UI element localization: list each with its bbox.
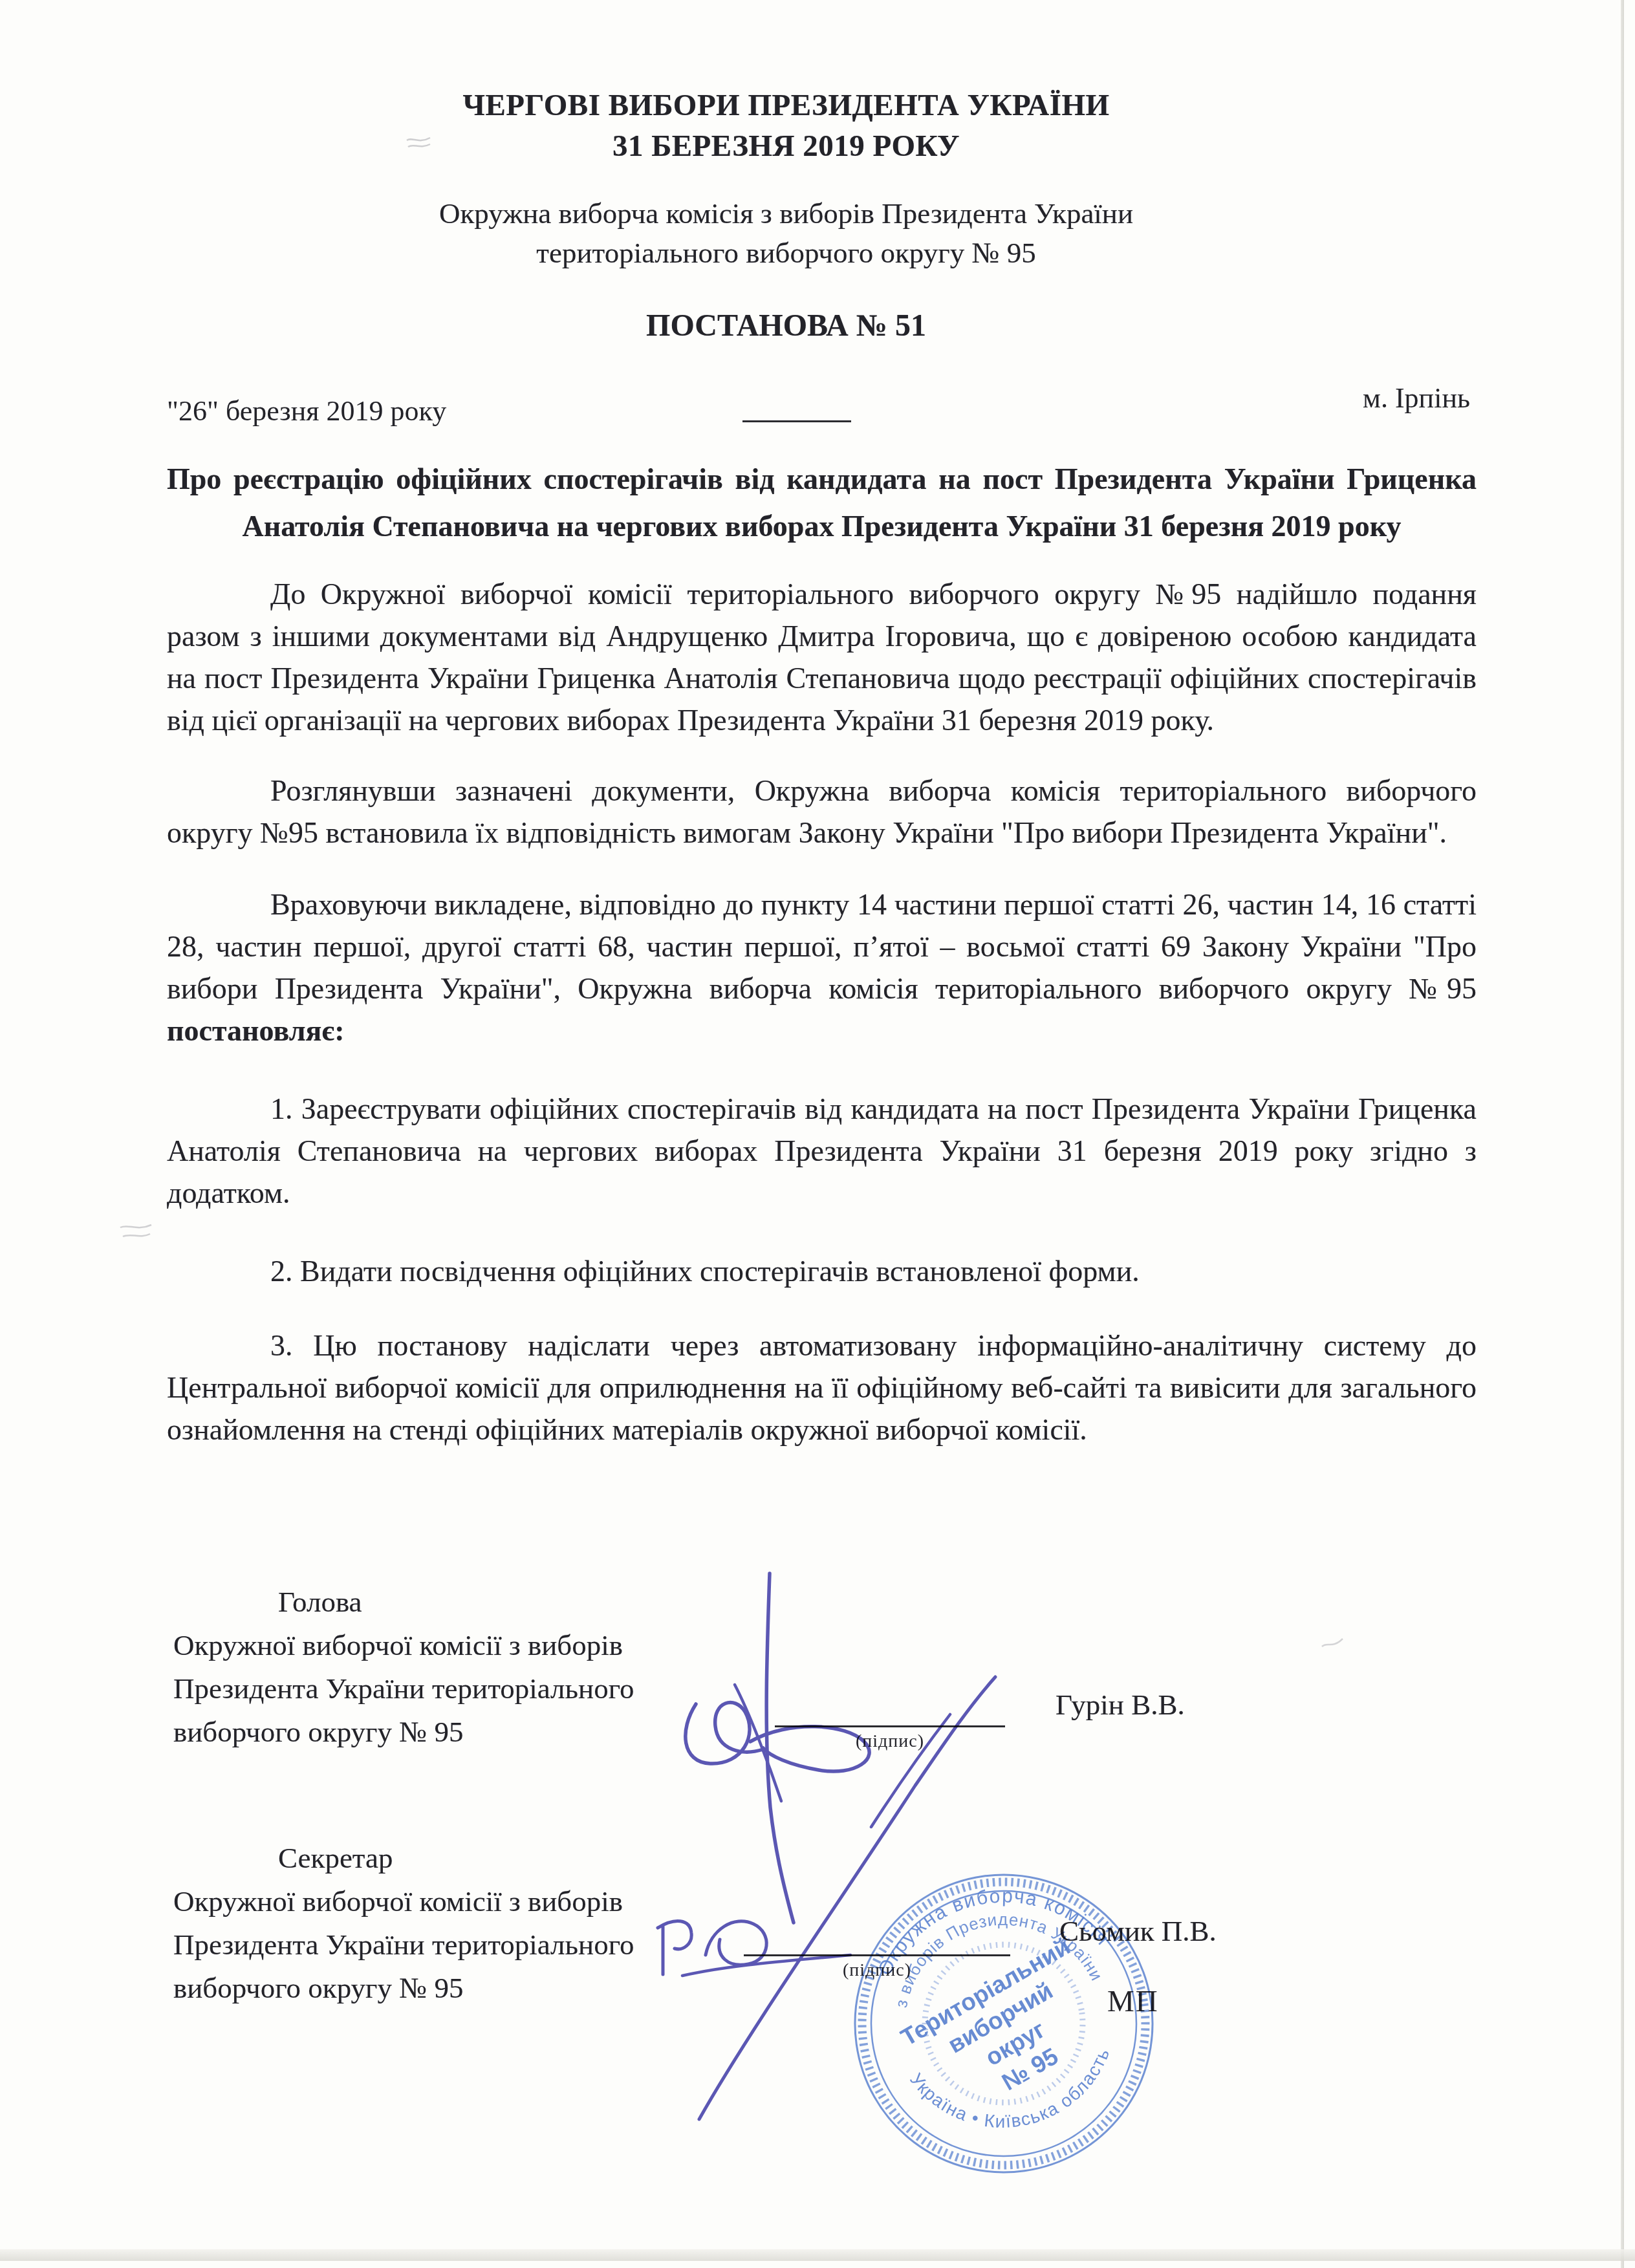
decree-item-2: 2. Видати посвідчення офіційних спостері… bbox=[167, 1250, 1477, 1292]
scan-edge-right bbox=[1621, 0, 1624, 2268]
scan-edge-bottom bbox=[0, 2249, 1635, 2261]
election-title-line2: 31 БЕРЕЗНЯ 2019 РОКУ bbox=[131, 126, 1441, 167]
subject-heading: Про реєстрацію офіційних спостерігачів в… bbox=[167, 455, 1477, 550]
resolution-title: ПОСТАНОВА № 51 bbox=[131, 305, 1441, 346]
signatory-role-secretary: Секретар Окружної виборчої комісії з виб… bbox=[173, 1837, 710, 2010]
seal-place-mark: МП bbox=[1107, 1984, 1159, 2019]
document-content: ЧЕРГОВІ ВИБОРИ ПРЕЗИДЕНТА УКРАЇНИ 31 БЕР… bbox=[167, 0, 1477, 1451]
handwritten-signature-secretary bbox=[644, 1672, 1006, 2124]
body-paragraph-3: Враховуючи викладене, відповідно до пунк… bbox=[167, 883, 1477, 1052]
signatory-name-secretary: Сьомик П.В. bbox=[1059, 1914, 1217, 1948]
role-line: Окружної виборчої комісії з виборів bbox=[173, 1629, 623, 1661]
body-paragraph-1: До Окружної виборчої комісії територіаль… bbox=[167, 573, 1477, 741]
role-line: виборчого округу № 95 bbox=[173, 1716, 463, 1748]
document-date: "26" березня 2019 року bbox=[167, 394, 446, 427]
role-line: виборчого округу № 95 bbox=[173, 1972, 463, 2004]
role-line: Секретар bbox=[173, 1837, 710, 1880]
body-paragraph-2: Розглянувши зазначені документи, Окружна… bbox=[167, 770, 1477, 854]
role-line: Президента України територіального bbox=[173, 1672, 634, 1705]
role-line: Президента України територіального bbox=[173, 1928, 634, 1961]
role-line: Окружної виборчої комісії з виборів bbox=[173, 1885, 623, 1917]
election-title-line1: ЧЕРГОВІ ВИБОРИ ПРЕЗИДЕНТА УКРАЇНИ bbox=[131, 85, 1441, 126]
signatory-name-chairman: Гурін В.В. bbox=[1056, 1688, 1185, 1722]
paragraph-3-resolve-word: постановляє: bbox=[167, 1014, 345, 1047]
signatory-role-chairman: Голова Окружної виборчої комісії з вибор… bbox=[173, 1581, 710, 1754]
dateline-row: "26" березня 2019 року м. Ірпінь bbox=[167, 387, 1477, 429]
scanned-document-page: ЧЕРГОВІ ВИБОРИ ПРЕЗИДЕНТА УКРАЇНИ 31 БЕР… bbox=[0, 0, 1635, 2268]
role-line: Голова bbox=[173, 1581, 710, 1624]
commission-name-line2: територіального виборчого округу № 95 bbox=[131, 233, 1441, 273]
date-underline bbox=[742, 420, 851, 422]
document-city: м. Ірпінь bbox=[1363, 382, 1470, 415]
svg-text:№ 95: № 95 bbox=[997, 2043, 1063, 2096]
decree-item-3: 3. Цю постанову надіслати через автомати… bbox=[167, 1324, 1477, 1451]
document-header: ЧЕРГОВІ ВИБОРИ ПРЕЗИДЕНТА УКРАЇНИ 31 БЕР… bbox=[131, 85, 1441, 346]
scan-artifact bbox=[404, 133, 433, 152]
decree-item-1: 1. Зареєструвати офіційних спостерігачів… bbox=[167, 1088, 1477, 1214]
scan-artifact bbox=[1319, 1635, 1345, 1653]
commission-name-line1: Окружна виборча комісія з виборів Презид… bbox=[131, 194, 1441, 233]
scan-artifact bbox=[118, 1218, 154, 1242]
paragraph-3-intro: Враховуючи викладене, відповідно до пунк… bbox=[167, 888, 1477, 1005]
